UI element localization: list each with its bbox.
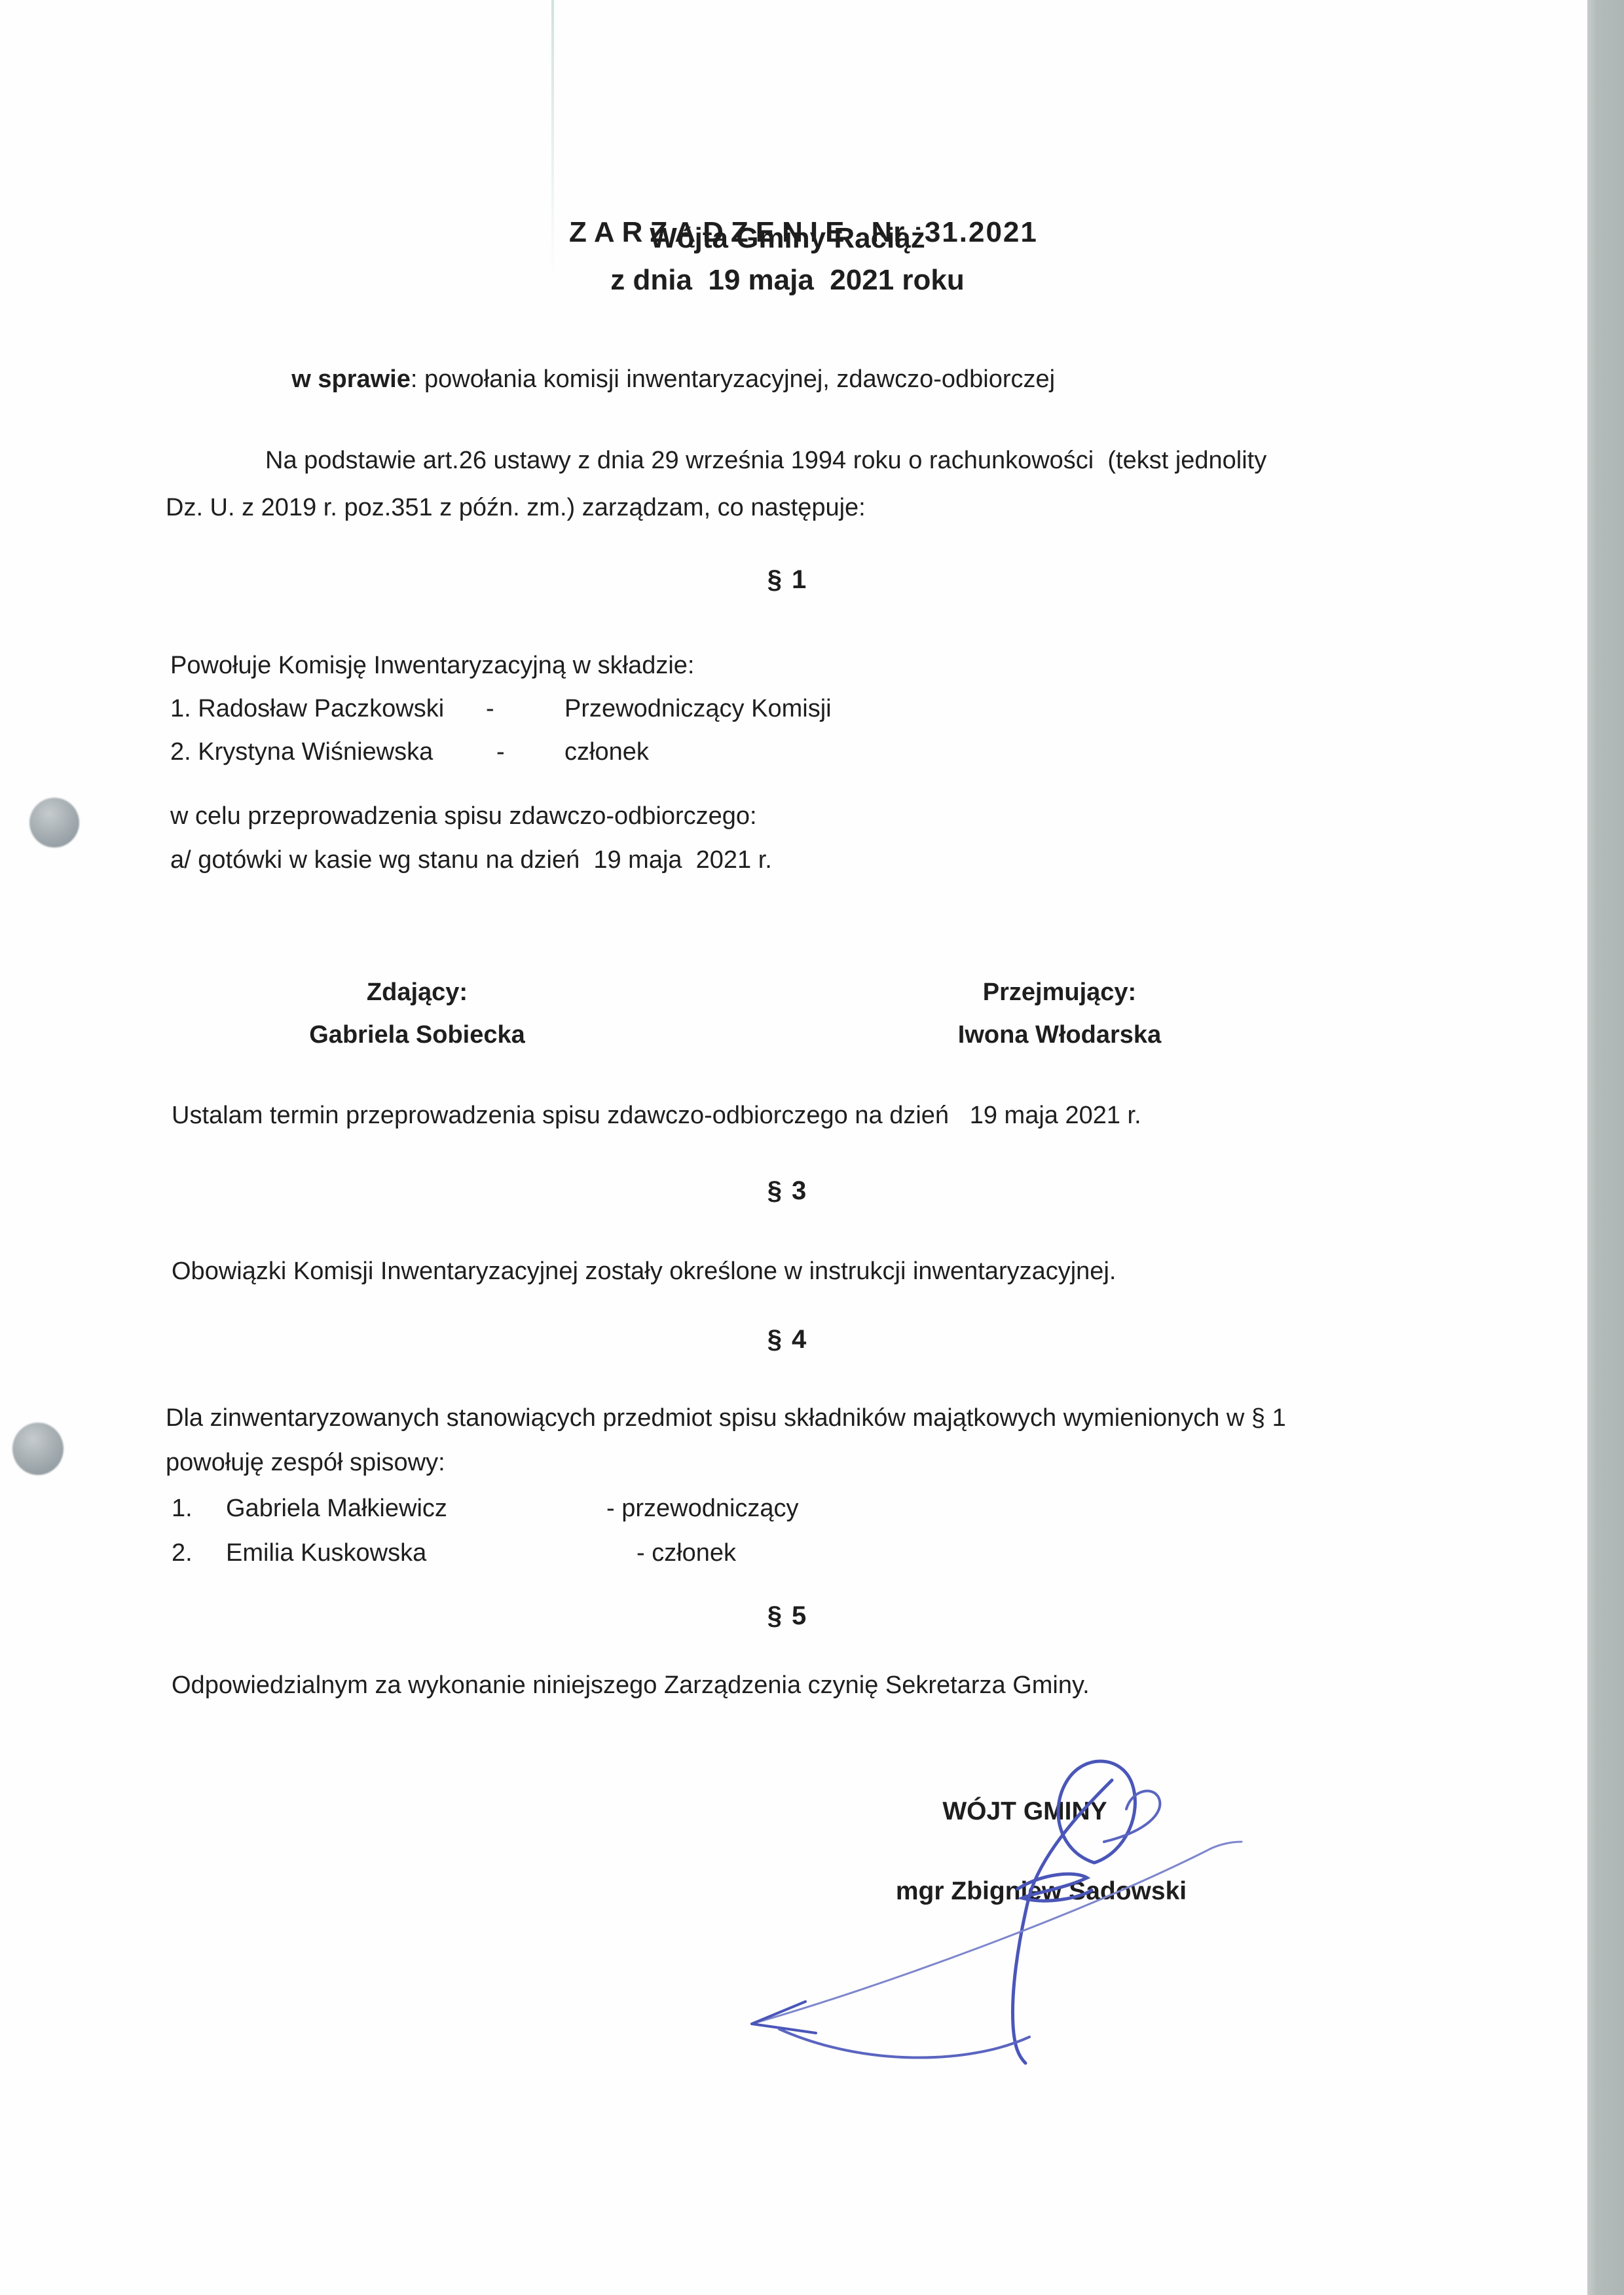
committee-member-2-dash: - bbox=[496, 737, 505, 768]
section-3-text: Obowiązki Komisji Inwentaryzacyjnej zost… bbox=[172, 1256, 1116, 1288]
punch-hole-top bbox=[29, 798, 79, 848]
section-3-heading: § 3 bbox=[170, 1174, 1405, 1207]
scanned-document-page: ZARZĄDZENIENr 31.2021 Wójta Gminy Raciąż… bbox=[0, 0, 1624, 2295]
handwritten-signature-ink bbox=[688, 1729, 1310, 2096]
subject-text: : powołania komisji inwentaryzacyjnej, z… bbox=[411, 365, 1055, 393]
section-5-heading: § 5 bbox=[170, 1599, 1405, 1632]
legal-basis-line2: Dz. U. z 2019 r. poz.351 z późn. zm.) za… bbox=[166, 493, 866, 524]
team-member-1-num: 1. bbox=[172, 1493, 193, 1525]
team-member-1-role: - przewodniczący bbox=[606, 1493, 799, 1525]
committee-member-1-name: 1. Radosław Paczkowski bbox=[170, 694, 444, 725]
purpose-line2: a/ gotówki w kasie wg stanu na dzień 19 … bbox=[170, 845, 772, 876]
section-4-line2: powołuję zespół spisowy: bbox=[166, 1447, 445, 1479]
team-member-2-num: 2. bbox=[172, 1538, 193, 1569]
section-1-heading: § 1 bbox=[170, 563, 1405, 596]
committee-member-2-name: 2. Krystyna Wiśniewska bbox=[170, 737, 433, 768]
section-5-text: Odpowiedzialnym za wykonanie niniejszego… bbox=[172, 1670, 1090, 1702]
party-left-label: Zdający: bbox=[286, 977, 548, 1009]
subject-label: w sprawie bbox=[291, 365, 411, 393]
section-4-line1: Dla zinwentaryzowanych stanowiących prze… bbox=[166, 1403, 1286, 1434]
legal-basis-line1: Na podstawie art.26 ustawy z dnia 29 wrz… bbox=[265, 445, 1266, 477]
punch-hole-bottom bbox=[12, 1423, 64, 1475]
subject-line: w sprawie: powołania komisji inwentaryza… bbox=[264, 333, 1055, 426]
document-title-line2: Wójta Gminy Raciąż bbox=[170, 220, 1405, 256]
team-member-2-name: Emilia Kuskowska bbox=[226, 1538, 426, 1569]
party-right-label: Przejmujący: bbox=[929, 977, 1190, 1009]
scan-edge-strip bbox=[1587, 0, 1624, 2295]
section-4-heading: § 4 bbox=[170, 1323, 1405, 1356]
committee-member-1-role: Przewodniczący Komisji bbox=[564, 694, 832, 725]
term-line: Ustalam termin przeprowadzenia spisu zda… bbox=[172, 1100, 1141, 1132]
team-member-2-role: - członek bbox=[637, 1538, 736, 1569]
committee-member-1-dash: - bbox=[486, 694, 494, 725]
document-title-line3: z dnia 19 maja 2021 roku bbox=[170, 262, 1405, 298]
section-1-intro: Powołuje Komisję Inwentaryzacyjną w skła… bbox=[170, 650, 694, 682]
team-member-1-name: Gabriela Małkiewicz bbox=[226, 1493, 447, 1525]
signature-stroke-diagonal bbox=[752, 1842, 1242, 2024]
committee-member-2-role: członek bbox=[564, 737, 649, 768]
party-left-name: Gabriela Sobiecka bbox=[286, 1020, 548, 1051]
signature-stroke-arrow bbox=[752, 2002, 816, 2033]
signature-stroke-descender bbox=[1012, 1780, 1112, 2063]
signature-stroke-loop bbox=[1058, 1761, 1135, 1863]
purpose-line1: w celu przeprowadzenia spisu zdawczo-odb… bbox=[170, 801, 757, 832]
signature-stroke-zigzag bbox=[1018, 1874, 1092, 1901]
party-right-name: Iwona Włodarska bbox=[929, 1020, 1190, 1051]
